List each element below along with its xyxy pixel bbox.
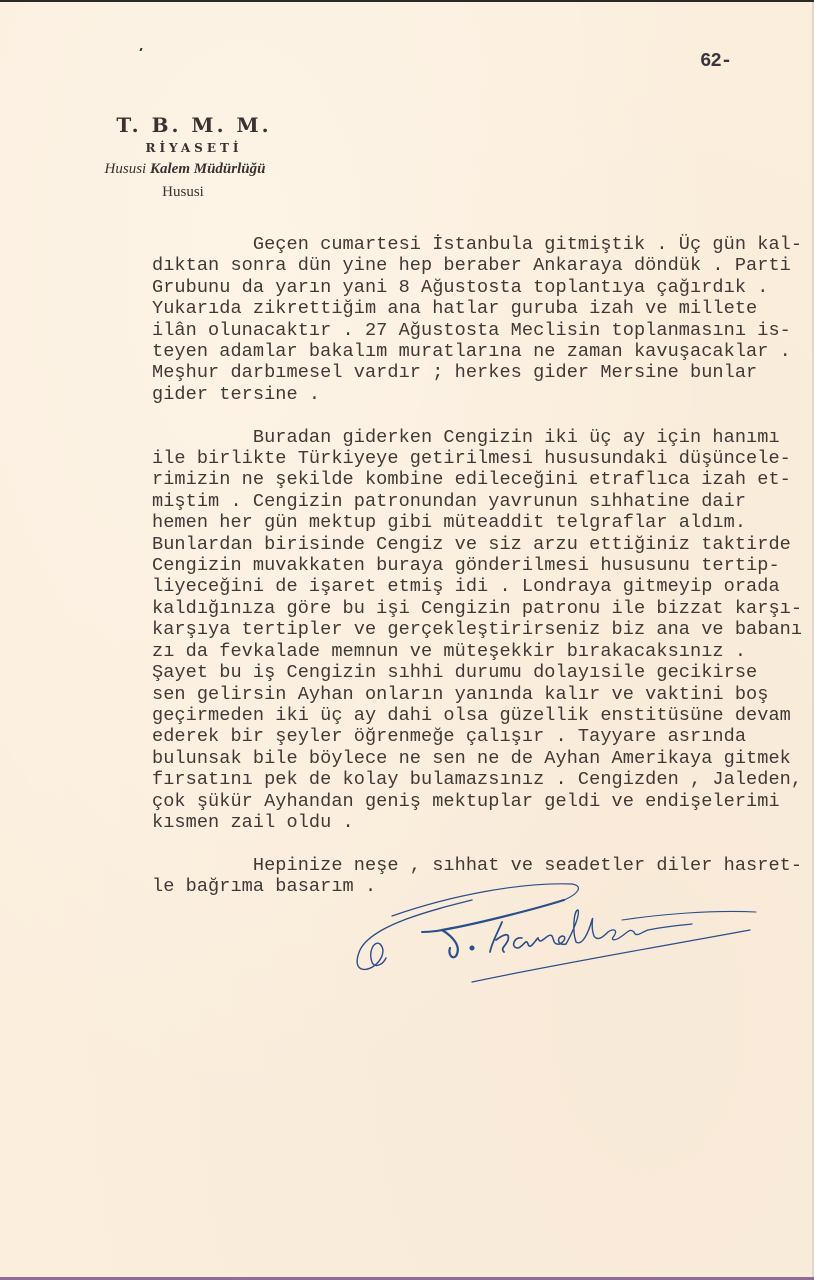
text-line: kısmen zail oldu . [152,812,814,833]
text-line: Buradan giderken Cengizin iki üç ay için… [152,427,814,448]
text-line: Şayet bu iş Cengizin sıhhi durumu dolayı… [152,662,814,683]
text-line: gider tersine . [152,384,814,405]
ink-speck [139,48,142,51]
letterhead: T. B. M. M. RİYASETİ Hususi Kalem Müdürl… [80,112,300,204]
text-line: Bunlardan birisinde Cengiz ve siz arzu e… [152,534,814,555]
department-main: Kalem Müdürlüğü [150,161,265,177]
text-line: dıktan sonra dün yine hep beraber Ankara… [152,255,814,276]
text-line: teyen adamlar bakalım muratlarına ne zam… [152,341,814,362]
text-line: fırsatını pek de kolay bulamazsınız . Ce… [152,769,814,790]
text-line: rimizin ne şekilde kombine edileceğini e… [152,469,814,490]
text-line: geçirmeden iki üç ay dahi olsa güzellik … [152,705,814,726]
text-line: kaldığınıza göre bu işi Cengizin patronu… [152,598,814,619]
text-line: bulunsak bile böylece ne sen ne de Ayhan… [152,748,814,769]
text-line: Geçen cumartesi İstanbula gitmiştik . Üç… [152,234,814,255]
paragraph: Buradan giderken Cengizin iki üç ay için… [152,427,814,834]
page-number: 62- [700,50,731,72]
text-line: ederek bir şeyler öğrenmeğe çalışır . Ta… [152,726,814,747]
text-line: zı da fevkalade memnun ve müteşekkir bır… [152,641,814,662]
letter-body: Geçen cumartesi İstanbula gitmiştik . Üç… [152,234,814,898]
letterhead-department: Hususi Kalem Müdürlüğü [70,158,300,180]
letter-page: 62- T. B. M. M. RİYASETİ Hususi Kalem Mü… [0,2,814,1277]
text-line: ilân olunacaktır . 27 Ağustosta Meclisin… [152,320,814,341]
text-line: Cengizin muvakkaten buraya gönderilmesi … [152,555,814,576]
letterhead-classification: Hususi [66,180,300,204]
text-line: miştim . Cengizin patronundan yavrunun s… [152,491,814,512]
letterhead-office: RİYASETİ [88,138,300,158]
text-line: liyeceğini de işaret etmiş idi . Londray… [152,576,814,597]
paragraph: Geçen cumartesi İstanbula gitmiştik . Üç… [152,234,814,405]
text-line: ile birlikte Türkiyeye getirilmesi husus… [152,448,814,469]
text-line: sen gelirsin Ayhan onların yanında kalır… [152,684,814,705]
text-line: Yukarıda zikrettiğim ana hatlar guruba i… [152,298,814,319]
signature [352,870,772,990]
text-line: çok şükür Ayhandan geniş mektuplar geldi… [152,791,814,812]
department-prefix: Hususi [105,161,147,177]
letterhead-organization: T. B. M. M. [88,112,300,138]
text-line: Meşhur darbımesel vardır ; herkes gider … [152,362,814,383]
text-line: hemen her gün mektup gibi müteaddit telg… [152,512,814,533]
text-line: karşıya tertipler ve gerçekleştirirseniz… [152,619,814,640]
text-line: Grubunu da yarın yani 8 Ağustosta toplan… [152,277,814,298]
